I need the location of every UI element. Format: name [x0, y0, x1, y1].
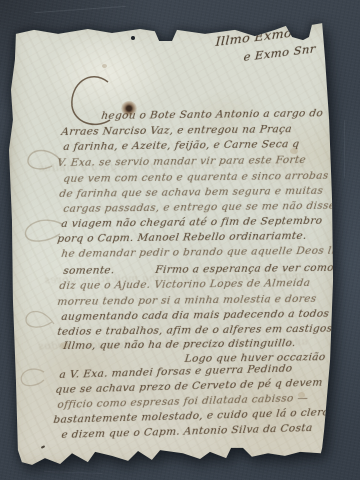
showthrough-curl [16, 366, 48, 390]
showthrough-curl [20, 302, 58, 332]
letter-paper: de farinha que se achava bem segura e mu… [8, 20, 338, 468]
photograph-of-letter: de farinha que se achava bem segura e mu… [0, 0, 360, 480]
ink-speck [229, 454, 234, 461]
manuscript-line: somente. [63, 264, 116, 278]
worm-hole [131, 36, 135, 40]
manuscript-line: Firmo a esperança de ver como V. Exa. [155, 261, 360, 277]
foxing-spot [102, 64, 107, 68]
paper-shadow-wrap: de farinha que se achava bem segura e mu… [0, 0, 360, 480]
manuscript-line: hegou o Bote Santo Antonio a cargo do [101, 107, 324, 123]
